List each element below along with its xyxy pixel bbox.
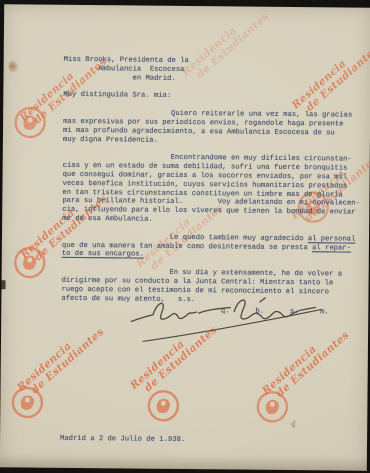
recipient-block: Miss Brooks, Presidenta de la Ambulancia… <box>63 56 368 85</box>
dateline: Madrid a 2 de Julio de 1.938. <box>60 435 185 445</box>
paragraph: Encontrandome en muy dificiles circunsta… <box>62 153 368 226</box>
signature-stroke-juan <box>131 303 197 322</box>
salutation: Muy distinguida Sra. mia: <box>63 91 368 103</box>
signature-stroke-jacome <box>234 300 315 320</box>
scanned-letter: Residencia de Estudiantes Residencia de … <box>0 0 370 473</box>
letter-paper: Residencia de Estudiantes Residencia de … <box>0 4 370 471</box>
paragraph: Quiero reiterarle una vez mas, las graci… <box>63 109 368 147</box>
signature <box>127 291 325 345</box>
paragraph: Le quedo tambien muy agradecido al perso… <box>62 233 367 262</box>
signature-accent <box>260 298 265 302</box>
recipient-line: en Madrid. <box>63 73 368 85</box>
letter-body: Quiero reiterarle una vez mas, las graci… <box>61 109 368 306</box>
letter-text: Miss Brooks, Presidenta de la Ambulancia… <box>0 4 370 471</box>
signature-stroke-connector <box>199 307 231 313</box>
